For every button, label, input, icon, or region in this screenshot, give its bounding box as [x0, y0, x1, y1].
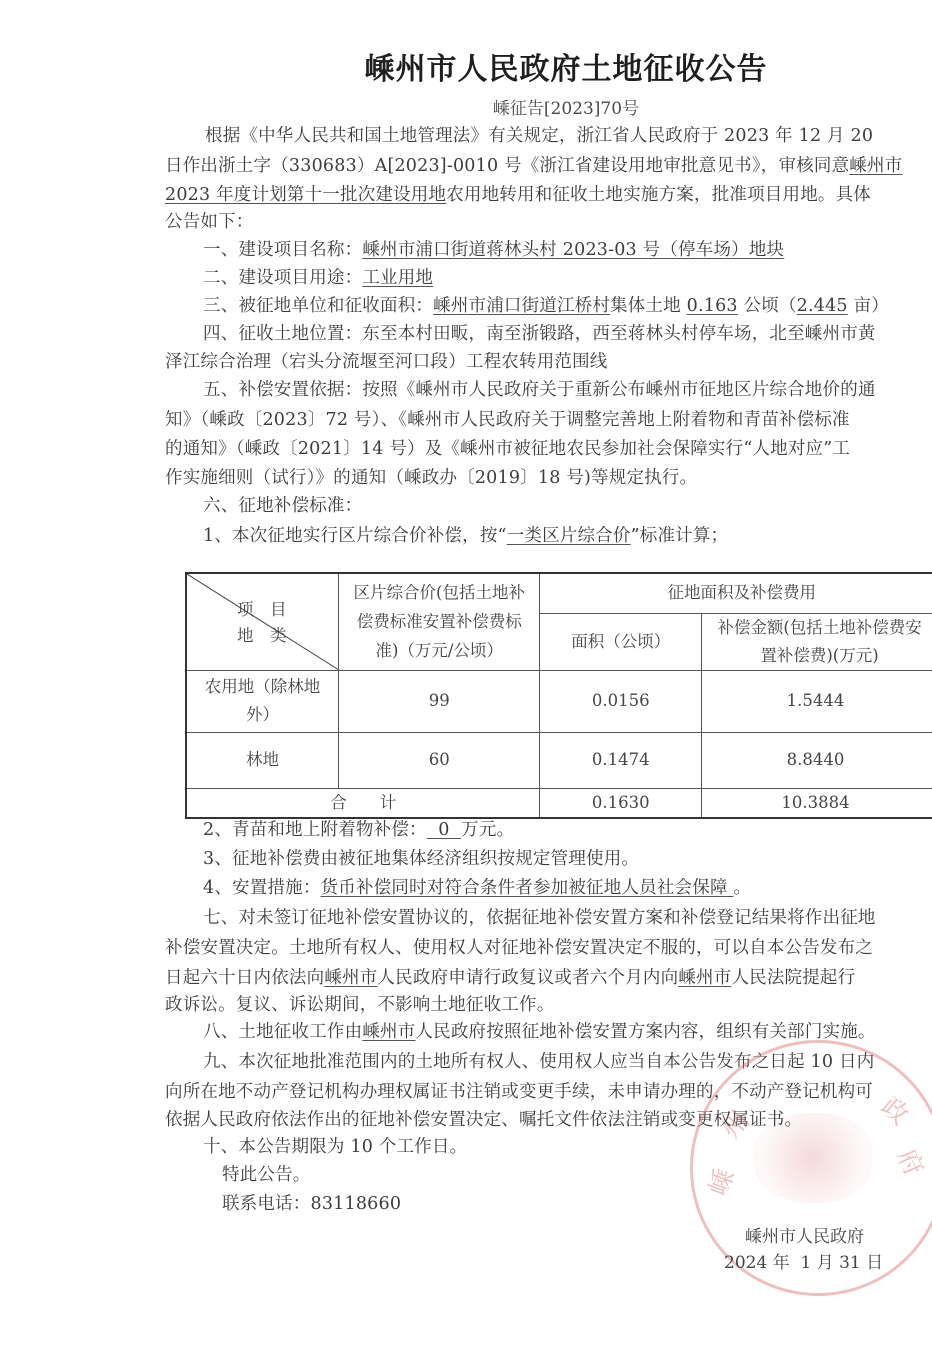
contact-phone: 联系电话：83118660: [222, 1192, 401, 1216]
preamble-line-3: 2023 年度计划第十一批次建设用地农用地转用和征收土地实施方案，批准项目用地。…: [165, 183, 871, 207]
header-zone-price: 区片综合价(包括土地补偿费标准安置补偿费标准)（万元/公顷）: [339, 573, 540, 670]
compensation-table: 项 目 地 类 区片综合价(包括土地补偿费标准安置补偿费标准)（万元/公顷） 征…: [185, 572, 932, 819]
item-basis-line-1: 五、补偿安置依据：按照《嵊州市人民政府关于重新公布嵊州市征地区片综合地价的通: [203, 378, 876, 402]
preamble-line-2: 日作出浙土字（330683）A[2023]-0010 号《浙江省建设用地审批意见…: [165, 154, 902, 178]
item-location-line-1: 四、征收土地位置：东至本村田畈，南至浙锻路，西至蒋林头村停车场，北至嵊州市黄: [203, 322, 876, 346]
item-appeal-line-3: 日起六十日内依法向嵊州市人民政府申请行政复议或者六个月内向嵊州市人民法院提起行: [165, 966, 855, 990]
document-title: 嵊州市人民政府土地征收公告: [200, 44, 932, 88]
project-use-value: 工业用地: [362, 268, 433, 288]
preamble-line-1: 根据《中华人民共和国土地管理法》有关规定，浙江省人民政府于 2023 年 12 …: [205, 124, 873, 148]
preamble-line-4: 公告如下：: [165, 210, 254, 234]
header-area-and-fee: 征地面积及补偿费用: [540, 573, 932, 613]
item-period: 十、本公告期限为 10 个工作日。: [203, 1135, 467, 1159]
crop-compensation-value: 0: [427, 820, 461, 840]
item-project-name: 一、建设项目名称：嵊州市浦口街道蒋林头村 2023-03 号（停车场）地块: [203, 238, 784, 262]
item-appeal-line-4: 政诉讼。复议、诉讼期间，不影响土地征收工作。: [165, 993, 554, 1017]
table-total-row: 合 计 0.1630 10.3884: [186, 788, 932, 818]
underlined-city: 嵊州市: [849, 156, 902, 176]
item-project-use: 二、建设项目用途：工业用地: [203, 266, 433, 290]
header-amount: 补偿金额(包括土地补偿费安置补偿费)(万元): [702, 613, 932, 670]
cell-area: 0.0156: [540, 670, 702, 732]
item-land-unit-area: 三、被征地单位和征收面积：嵊州市浦口街道江桥村集体土地 0.163 公顷（2.4…: [203, 294, 889, 318]
item-standard-sub3: 3、征地补偿费由被征地集体经济组织按规定管理使用。: [203, 847, 639, 871]
underlined-batch: 2023 年度计划第十一批次建设用地: [165, 185, 446, 205]
item-appeal-line-2: 补偿安置决定。土地所有权人、使用权人对征地补偿安置决定不服的，可以自本公告发布之: [165, 936, 873, 960]
item-standard-sub4: 4、安置措施：货币补偿同时对符合条件者参加被征地人员社会保障 。: [203, 876, 751, 900]
area-hectare-value: 0.163: [687, 296, 738, 316]
header-item: 项 目: [237, 596, 287, 624]
area-mu-value: 2.445: [797, 296, 848, 316]
item-standard-sub2: 2、青苗和地上附着物补偿： 0 万元。: [203, 818, 514, 842]
header-land-type: 地 类: [237, 622, 287, 650]
land-unit-value: 嵊州市浦口街道江桥村: [433, 296, 610, 316]
item-standard-heading: 六、征地补偿标准：: [203, 494, 362, 518]
item-standard-sub1: 1、本次征地实行区片综合价补偿，按“一类区片综合价”标准计算；: [203, 524, 728, 548]
resettlement-measure: 货币补偿同时对符合条件者参加被征地人员社会保障: [321, 878, 734, 898]
cell-total-area: 0.1630: [540, 788, 702, 818]
header-diagonal-cell: 项 目 地 类: [186, 573, 339, 670]
table-row: 农用地（除林地外） 99 0.0156 1.5444: [186, 670, 932, 732]
header-area: 面积（公顷）: [540, 613, 702, 670]
project-name-value: 嵊州市浦口街道蒋林头村 2023-03 号（停车场）地块: [362, 240, 784, 260]
zone-price-class: 一类区片综合价: [507, 526, 631, 546]
announcement-page: 嵊州市人民政府土地征收公告 嵊征告[2023]70号 根据《中华人民共和国土地管…: [0, 0, 932, 1370]
national-emblem-icon: [753, 1113, 873, 1203]
cell-price: 60: [339, 732, 540, 788]
item-basis-line-2: 知》（嵊政〔2023〕72 号）、《嵊州市人民政府关于调整完善地上附着物和青苗补…: [165, 408, 850, 432]
item-basis-line-4: 作实施细则（试行）》的通知（嵊政办〔2019〕18 号)等规定执行。: [165, 466, 697, 490]
cell-area: 0.1474: [540, 732, 702, 788]
closing-text: 特此公告。: [222, 1163, 311, 1187]
item-basis-line-3: 的通知》（嵊政〔2021〕14 号）及《嵊州市被征地农民参加社会保障实行“人地对…: [165, 437, 850, 461]
cell-total-label: 合 计: [186, 788, 540, 818]
table-row: 林地 60 0.1474 8.8440: [186, 732, 932, 788]
cell-amount: 1.5444: [702, 670, 932, 732]
phone-number: 83118660: [311, 1194, 402, 1214]
signing-date: 2024 年 1 月 31 日: [724, 1248, 883, 1273]
item-implementation: 八、土地征收工作由嵊州市人民政府按照征地补偿安置方案内容，组织有关部门实施。: [203, 1020, 876, 1044]
document-number: 嵊征告[2023]70号: [200, 94, 932, 119]
cell-land-type: 农用地（除林地外）: [186, 670, 339, 732]
item-location-line-2: 泽江综合治理（宕头分流堰至河口段）工程农转用范围线: [165, 350, 608, 374]
cell-amount: 8.8440: [702, 732, 932, 788]
signing-organization: 嵊州市人民政府: [745, 1222, 864, 1247]
item-appeal-line-1: 七、对未签订征地补偿安置协议的，依据征地补偿安置方案和补偿登记结果将作出征地: [203, 906, 876, 930]
cell-price: 99: [339, 670, 540, 732]
cell-land-type: 林地: [186, 732, 339, 788]
cell-total-amount: 10.3884: [702, 788, 932, 818]
